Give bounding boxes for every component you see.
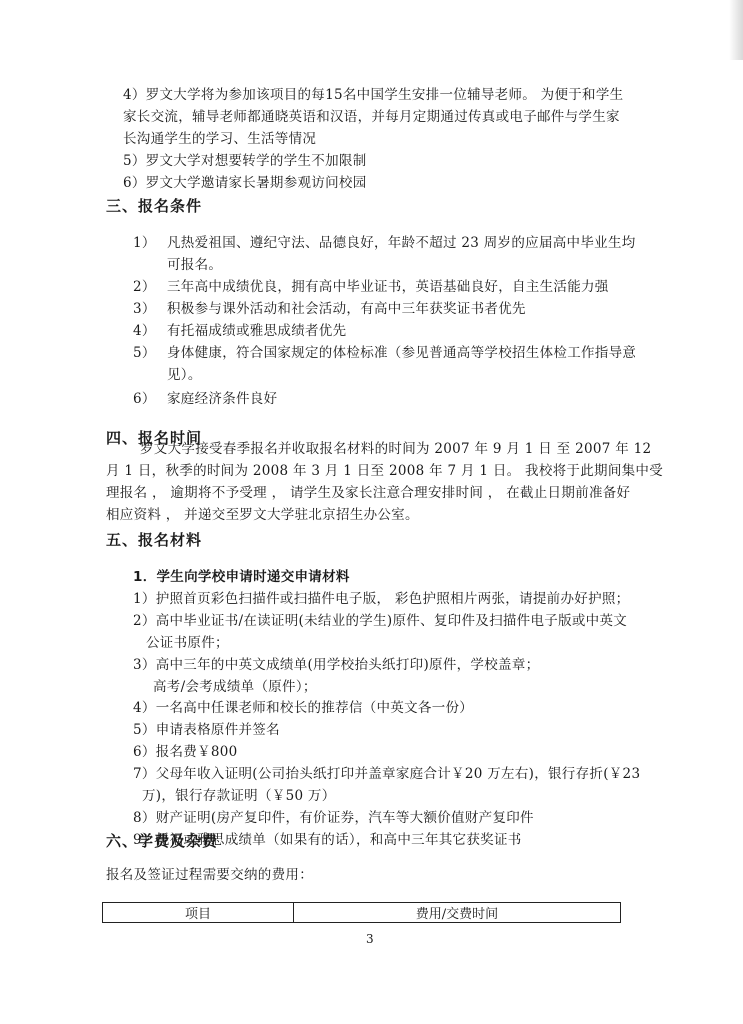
column-header-fee-time: 费用/交费时间	[294, 903, 621, 923]
material-item: 7）父母年收入证明(公司抬头纸打印并盖章家庭合计￥20 万左右)，银行存折(￥2…	[133, 763, 640, 785]
material-item: 2）高中毕业证书/在读证明(未结业的学生)原件、复印件及扫描件电子版或中英文	[133, 610, 627, 632]
item-text: 积极参与课外活动和社会活动，有高中三年获奖证书者优先	[167, 301, 526, 317]
list-item-cont: 长沟通学生的学习、生活等情况	[123, 128, 316, 150]
scan-shadow	[729, 0, 743, 60]
item-text: 三年高中成绩优良，拥有高中毕业证书，英语基础良好，自主生活能力强	[167, 279, 609, 295]
fee-intro: 报名及签证过程需要交纳的费用：	[106, 864, 313, 886]
material-item: 1）护照首页彩色扫描件或扫描件电子版， 彩色护照相片两张，请提前办好护照；	[133, 588, 629, 610]
sub-heading: 1．学生向学校申请时递交申请材料	[133, 566, 350, 588]
paragraph-line: 罗文大学接受春季报名并收取报名材料的时间为 2007 年 9 月 1 日 至 2…	[140, 438, 651, 460]
material-item: 4）一名高中任课老师和校长的推荐信（中英文各一份）	[133, 697, 473, 719]
item-number: 4）	[133, 320, 167, 342]
item-number: 5）	[133, 342, 167, 364]
item-number: 3）	[133, 298, 167, 320]
section-heading: 三、报名条件	[106, 195, 202, 217]
material-item-cont: 万)，银行存款证明（￥50 万）	[142, 785, 336, 807]
section-heading: 五、报名材料	[106, 529, 202, 551]
condition-item: 4）有托福成绩或雅思成绩者优先	[133, 320, 346, 342]
list-item: 5）罗文大学对想要转学的学生不加限制	[123, 150, 367, 172]
item-text: 凡热爱祖国、遵纪守法、品德良好，年龄不超过 23 周岁的应届高中毕业生均	[167, 235, 636, 251]
table-header-row: 项目 费用/交费时间	[103, 903, 621, 923]
fee-table: 项目 费用/交费时间	[102, 902, 621, 923]
item-number: 2）	[133, 276, 167, 298]
condition-item-cont: 可报名。	[167, 254, 222, 276]
item-text: 身体健康，符合国家规定的体检标准（参见普通高等学校招生体检工作指导意	[167, 345, 636, 361]
list-item: 4）罗文大学将为参加该项目的每15名中国学生安排一位辅导老师。 为便于和学生	[123, 84, 623, 106]
item-number: 6）	[133, 388, 167, 410]
condition-item: 6）家庭经济条件良好	[133, 388, 277, 410]
material-item: 6）报名费￥800	[133, 741, 238, 763]
material-item: 8）财产证明(房产复印件，有价证券，汽车等大额价值财产复印件	[133, 807, 534, 829]
list-item: 6）罗文大学邀请家长暑期参观访问校园	[123, 172, 367, 194]
paragraph-line: 月 1 日，秋季的时间为 2008 年 3 月 1 日至 2008 年 7 月 …	[106, 460, 663, 482]
item-text: 家庭经济条件良好	[167, 391, 277, 407]
column-header-item: 项目	[103, 903, 294, 923]
item-number: 1）	[133, 232, 167, 254]
material-item: 5）申请表格原件并签名	[133, 719, 280, 741]
material-item: 3）高中三年的中英文成绩单(用学校抬头纸打印)原件，学校盖章；	[133, 654, 539, 676]
list-item-cont: 家长交流，辅导老师都通晓英语和汉语，并每月定期通过传真或电子邮件与学生家	[123, 106, 620, 128]
page-number: 3	[366, 932, 374, 946]
condition-item: 1）凡热爱祖国、遵纪守法、品德良好，年龄不超过 23 周岁的应届高中毕业生均	[133, 232, 636, 254]
paragraph-line: 相应资料 ， 并递交至罗文大学驻北京招生办公室。	[106, 504, 419, 526]
paragraph-line: 理报名 ， 逾期将不予受理 ， 请学生及家长注意合理安排时间 ， 在截止日期前准…	[106, 482, 630, 504]
material-item-cont: 高考/会考成绩单（原件）；	[153, 676, 317, 698]
material-item-cont: 公证书原件；	[146, 632, 229, 654]
item-text: 有托福成绩或雅思成绩者优先	[167, 323, 346, 339]
condition-item: 5）身体健康，符合国家规定的体检标准（参见普通高等学校招生体检工作指导意	[133, 342, 636, 364]
condition-item: 2）三年高中成绩优良，拥有高中毕业证书，英语基础良好，自主生活能力强	[133, 276, 609, 298]
section-heading: 六、学费及杂费	[106, 830, 218, 852]
condition-item: 3）积极参与课外活动和社会活动，有高中三年获奖证书者优先	[133, 298, 526, 320]
condition-item-cont: 见）。	[167, 364, 202, 386]
